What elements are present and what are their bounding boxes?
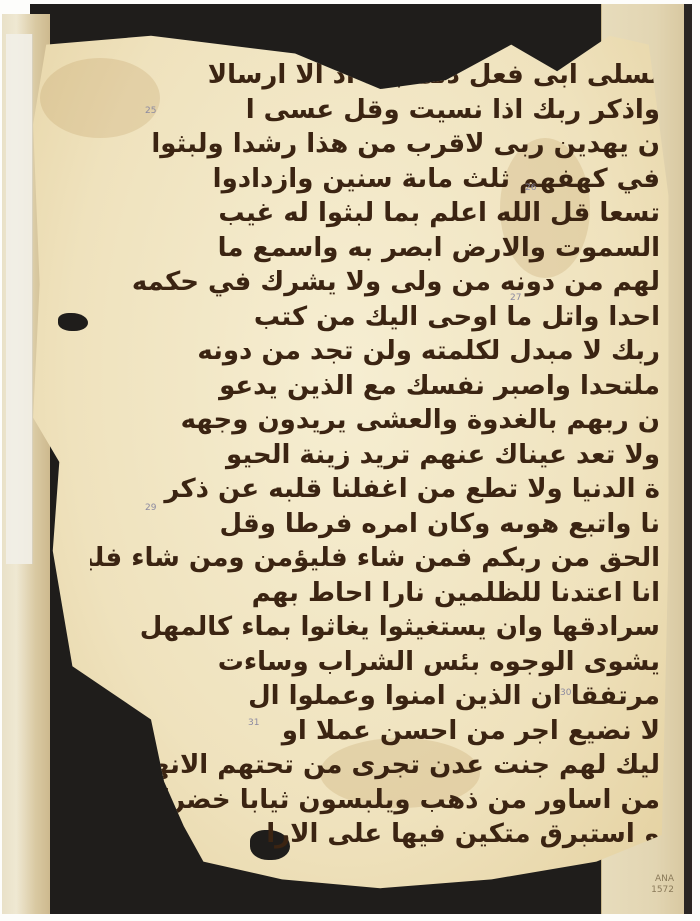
script-line: ن يهدين ربى لاقرب من هذا رشدا ولبثوا <box>90 127 660 162</box>
paper-tape-strip <box>6 34 33 564</box>
script-line: ولا تعد عيناك عنهم تريد زينة الحيو <box>90 438 660 473</box>
script-line: لا نضيع اجر من احسن عملا او <box>90 714 660 749</box>
script-line: مرتفقا ان الذين امنوا وعملوا ال <box>90 679 660 714</box>
verse-marker: 27 <box>510 293 521 303</box>
parchment-hole <box>58 313 88 331</box>
catalog-stamp-line2: 1572 <box>651 885 674 896</box>
kufic-text-block: لسلى ابى فعل ذلك بعد اذ الا ارسالا واذكر… <box>90 58 660 852</box>
verse-marker: 31 <box>248 718 259 728</box>
script-line: الحق من ربكم فمن شاء فليؤمن ومن شاء فليك… <box>90 541 660 576</box>
script-line: نا واتبع هوىه وكان امره فرطا وقل <box>90 507 660 542</box>
verse-marker: 29 <box>145 503 156 513</box>
script-line: يشوى الوجوه بئس الشراب وساءت <box>90 645 660 680</box>
script-line: سرادقها وان يستغيثوا يغاثوا بماء كالمهل <box>90 610 660 645</box>
manuscript-photo: ANA 1572 لسلى ابى فعل ذلك بعد اذ الا ارس… <box>0 0 700 921</box>
verse-marker: 30 <box>560 688 571 698</box>
script-line: ملتحدا واصبر نفسك مع الذين يدعو <box>90 369 660 404</box>
script-line: ليك لهم جنت عدن تجرى من تحتهم الانهر <box>90 748 660 783</box>
mount-edge <box>684 4 692 914</box>
catalog-stamp-line1: ANA <box>651 874 674 885</box>
catalog-stamp: ANA 1572 <box>651 874 674 896</box>
script-line: ربك لا مبدل لكلمته ولن تجد من دونه <box>90 334 660 369</box>
script-line: تسعا قل الله اعلم بما لبثوا له غيب <box>90 196 660 231</box>
verse-marker: 26 <box>525 183 536 193</box>
script-line: في كهفهم ثلث ماىة سنين وازدادوا <box>90 162 660 197</box>
verse-marker: 25 <box>145 106 156 116</box>
script-line: احدا واتل ما اوحى اليك من كتب <box>90 300 660 335</box>
script-line: لهم من دونه من ولى ولا يشرك في حكمه <box>90 265 660 300</box>
script-line: انا اعتدنا للظلمين نارا احاط بهم <box>90 576 660 611</box>
script-line: ة الدنيا ولا تطع من اغفلنا قلبه عن ذكر <box>90 472 660 507</box>
script-line: واذكر ربك اذا نسيت وقل عسى ا <box>90 93 660 128</box>
script-line: السموت والارض ابصر به واسمع ما <box>90 231 660 266</box>
script-line: ن ربهم بالغدوة والعشى يريدون وجهه <box>90 403 660 438</box>
